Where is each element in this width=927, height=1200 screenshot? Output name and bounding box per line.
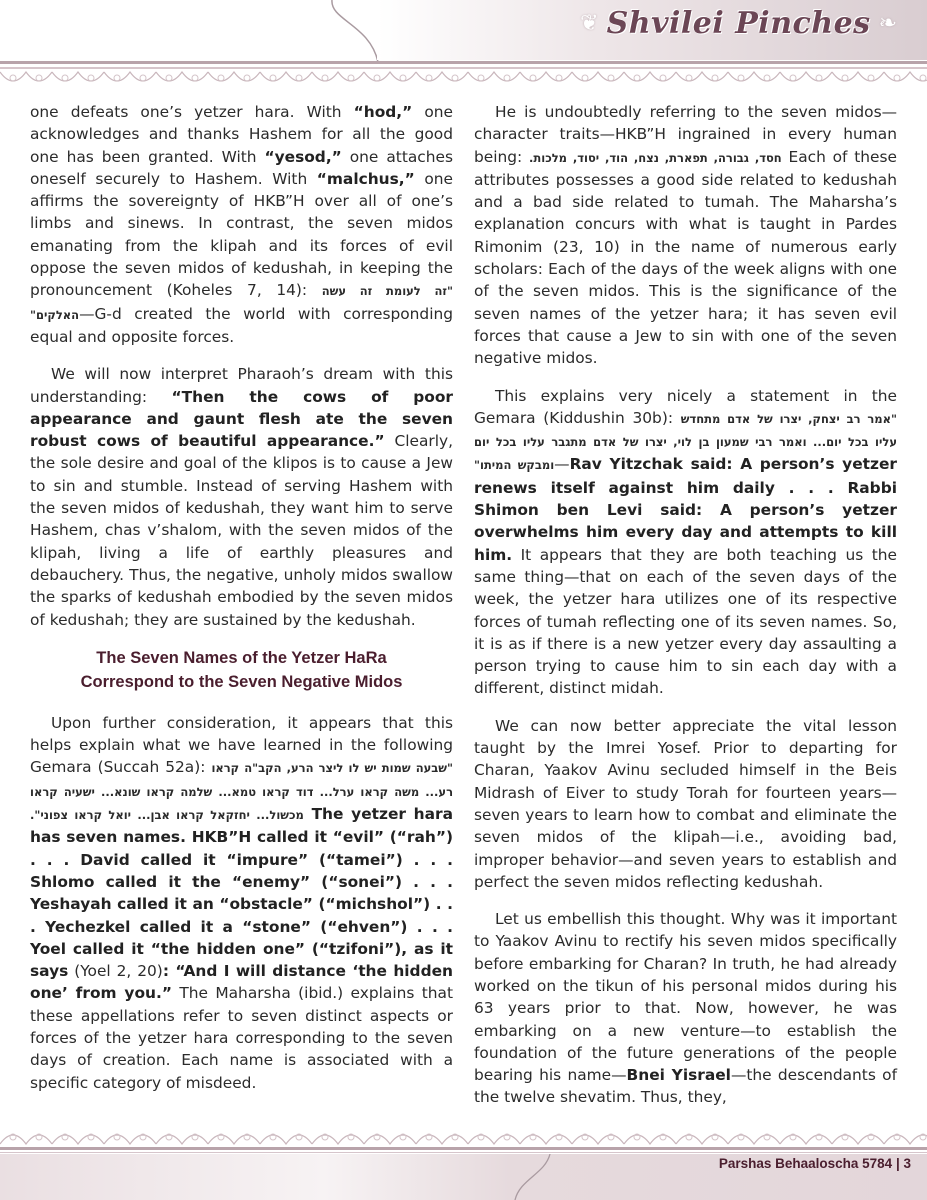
footer-label: Parshas Behaaloscha 5784 | 3 [719,1156,911,1171]
footer-rule-thin [0,1152,927,1153]
page-number: 3 [903,1156,911,1171]
paragraph: This explains very nicely a statement in… [474,385,897,700]
hebrew-midos-list: חסד, גבורה, תפארת, נצח, הוד, יסוד, מלכות… [529,151,782,165]
section-heading: The Seven Names of the Yetzer HaRa Corre… [30,646,453,694]
bold-text: Bnei Yisrael [627,1066,731,1084]
left-column: one defeats one’s yetzer hara. With “hod… [30,101,453,1109]
footer-curve-decoration [510,1154,560,1200]
scroll-ornament-left-icon: ❦ [580,11,598,36]
header-rule-thin [0,67,927,69]
text: —G-d created the world with correspondin… [30,305,453,346]
paragraph: Upon further consideration, it appears t… [30,712,453,1094]
text: (Yoel 2, 20) [68,962,163,980]
bold-translation: The yetzer hara has seven names. HKB”H c… [30,805,453,980]
text: We can now better appreciate the vital l… [474,717,897,891]
paragraph: We will now interpret Pharaoh’s dream wi… [30,363,453,631]
lace-border-decoration [0,1126,927,1146]
text: one affirms the sovereignty of HKB”H ove… [30,170,453,299]
text: — [554,455,569,473]
text: one defeats one’s yetzer hara. With [30,103,354,121]
header-rule [0,61,927,64]
parsha-name: Parshas Behaaloscha 5784 [719,1156,892,1171]
text: It appears that they are both teaching u… [474,546,897,698]
masthead-title: Shvilei Pinches [607,6,871,41]
right-column: He is undoubtedly referring to the seven… [474,101,897,1124]
text: Each of these attributes possesses a goo… [474,148,897,368]
lace-border-decoration [0,70,927,90]
paragraph: We can now better appreciate the vital l… [474,715,897,893]
bold-text: “yesod,” [264,148,341,166]
separator: | [896,1156,900,1171]
paragraph: He is undoubtedly referring to the seven… [474,101,897,370]
page-footer: Parshas Behaaloscha 5784 | 3 [0,1126,927,1200]
text: Clearly, the sole desire and goal of the… [30,432,453,628]
page-header: ❦ Shvilei Pinches ❧ [0,0,927,90]
section-heading-line: Correspond to the Seven Negative Midos [30,670,453,694]
paragraph: one defeats one’s yetzer hara. With “hod… [30,101,453,348]
text: Let us embellish this thought. Why was i… [474,910,897,1084]
masthead: ❦ Shvilei Pinches ❧ [580,6,897,41]
bold-text: “malchus,” [317,170,415,188]
paragraph: Let us embellish this thought. Why was i… [474,908,897,1109]
bold-text: “hod,” [354,103,413,121]
section-heading-line: The Seven Names of the Yetzer HaRa [30,646,453,670]
scroll-ornament-right-icon: ❧ [879,11,897,36]
footer-rule [0,1147,927,1150]
